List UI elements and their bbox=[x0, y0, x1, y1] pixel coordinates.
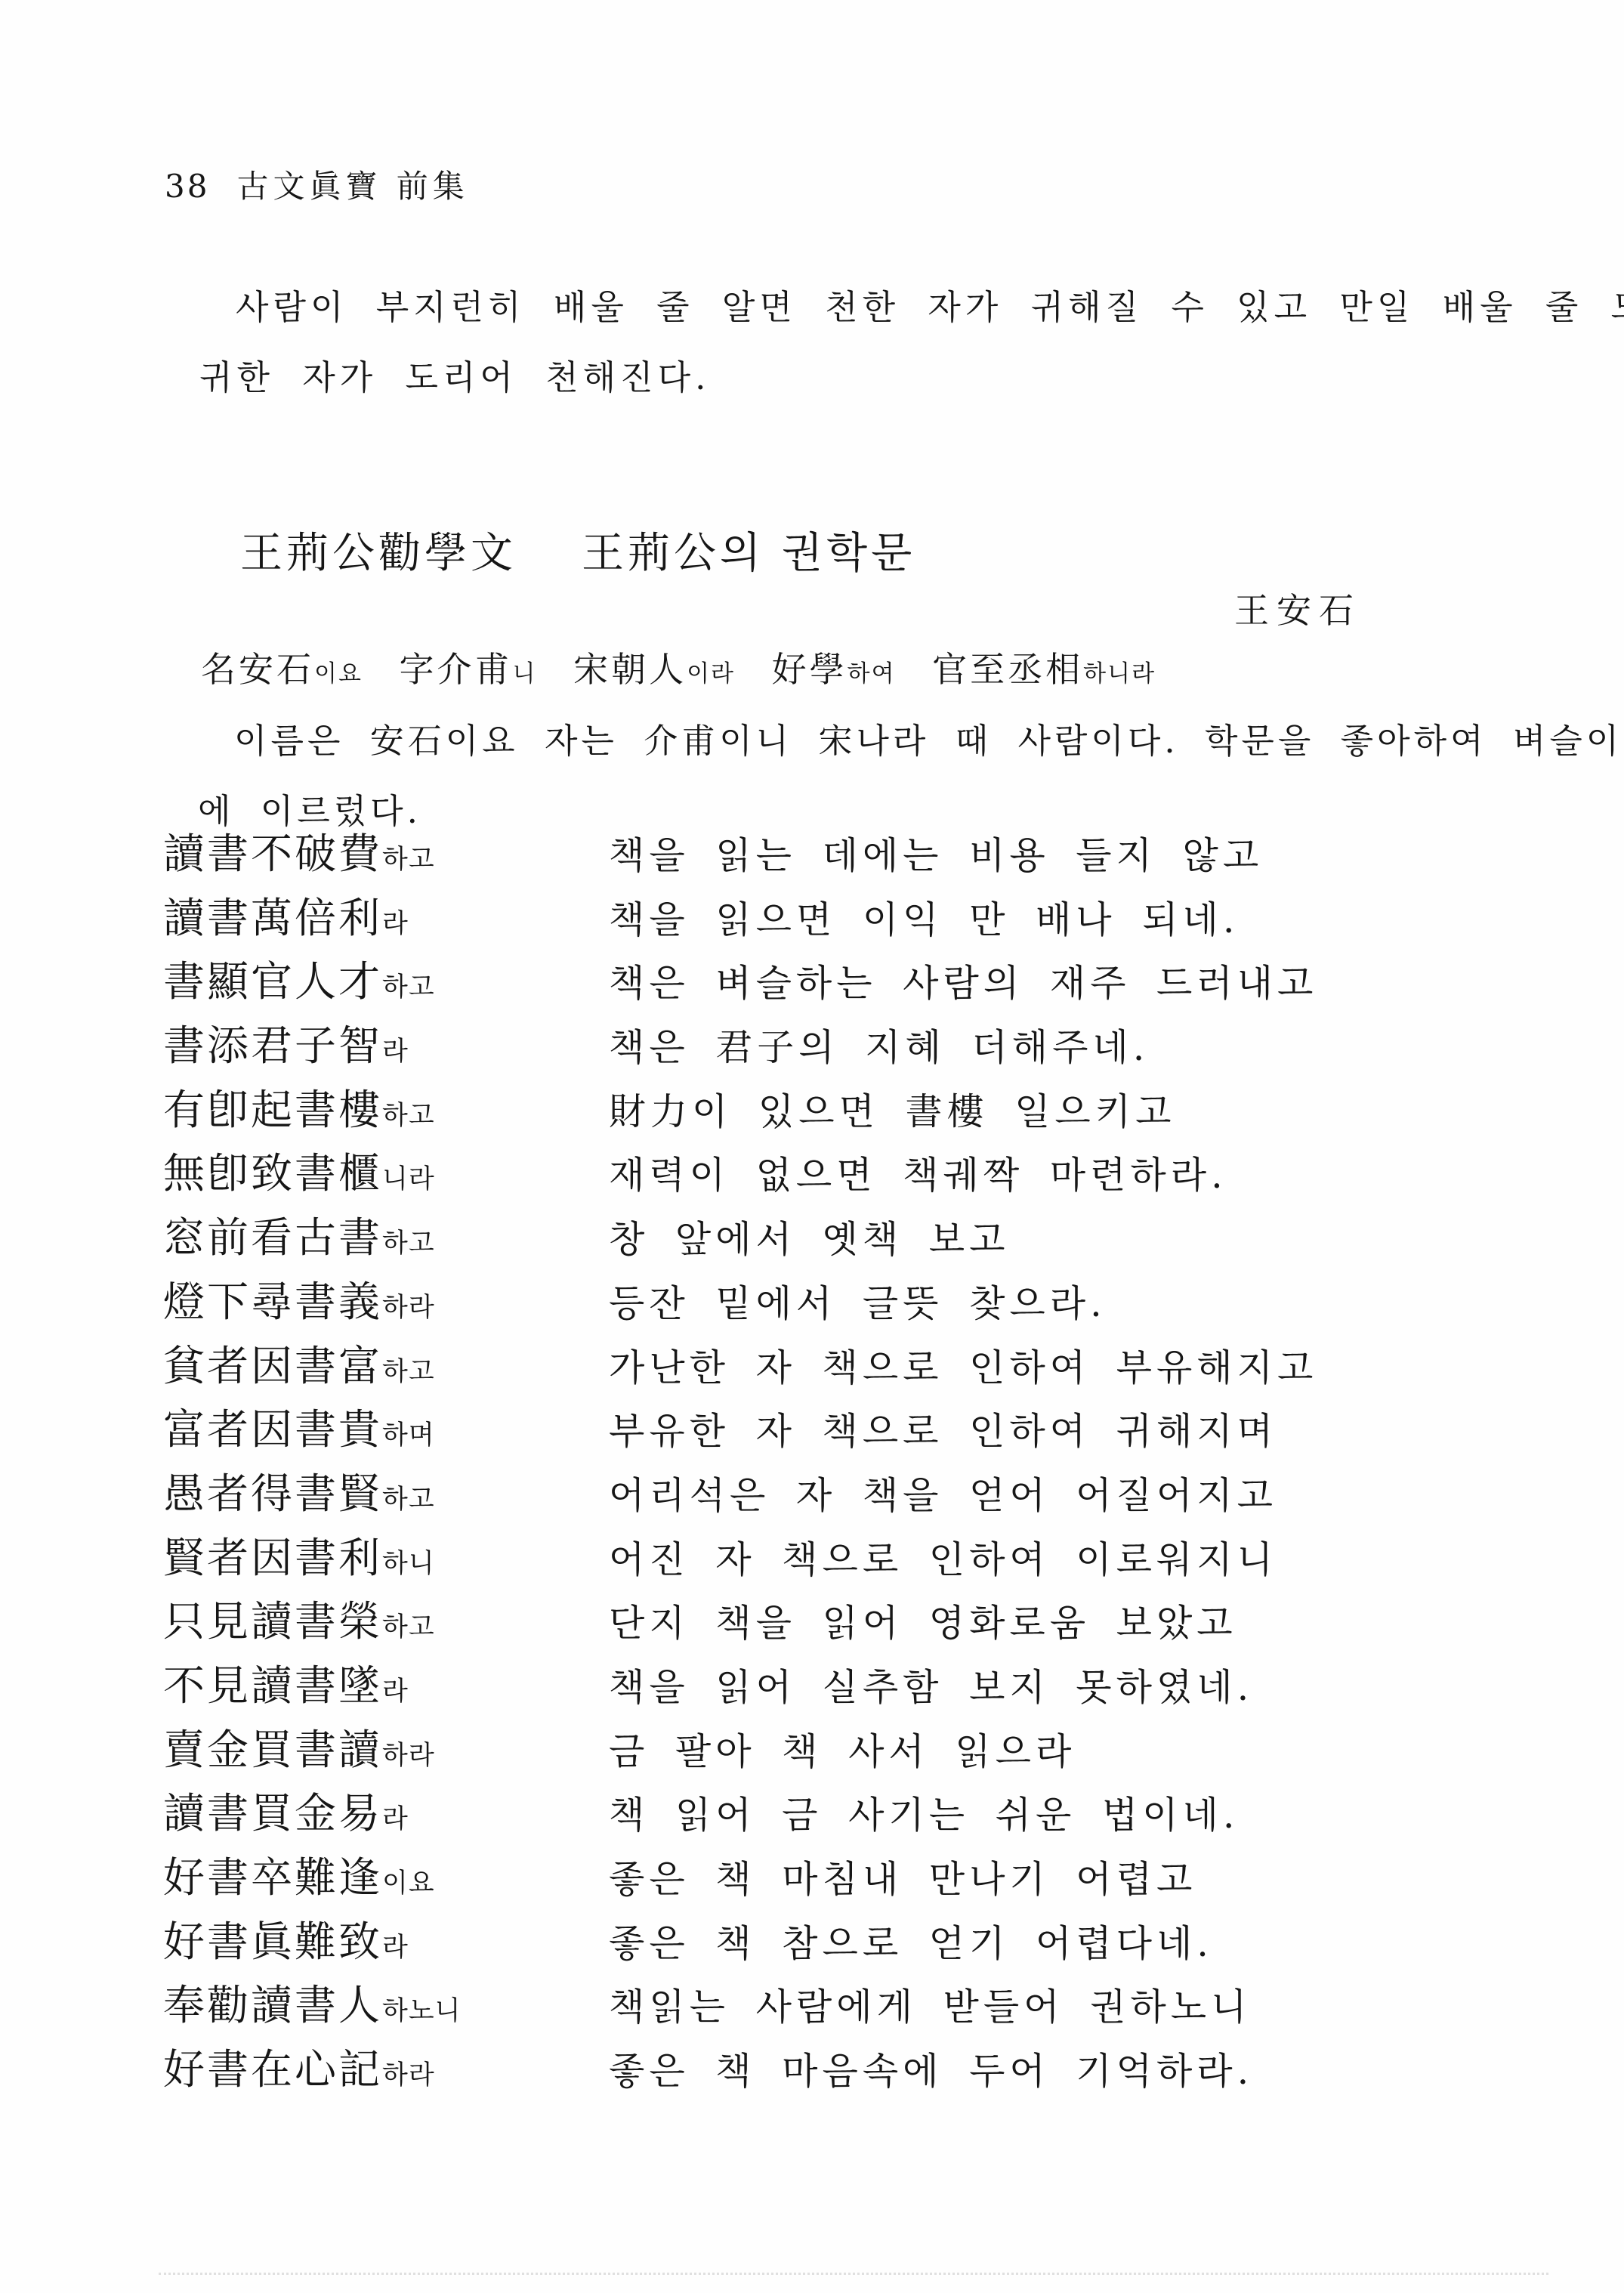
couplet-hanmun: 好書眞難致라 bbox=[163, 1908, 609, 1968]
couplet-korean: 단지 책을 읽어 영화로움 보았고 bbox=[609, 1594, 1237, 1647]
couplet-korean: 가난한 자 책으로 인하여 부유해지고 bbox=[609, 1339, 1317, 1392]
biography-segment-hanmun: 官至丞相 bbox=[932, 649, 1083, 690]
couplet-row: 無卽致書櫃니라 재력이 없으면 책궤짝 마련하라. bbox=[163, 1140, 1493, 1204]
couplet-hanmun-text: 燈下尋書義 bbox=[163, 1278, 382, 1326]
couplet-hanmun: 賣金買書讀하라 bbox=[163, 1717, 609, 1776]
couplet-korean: 어진 자 책으로 인하여 이로워지니 bbox=[609, 1531, 1277, 1584]
couplet-korean: 책을 읽으면 이익 만 배나 되네. bbox=[609, 891, 1239, 944]
couplet-suffix: 라 bbox=[382, 1676, 409, 1707]
couplet-hanmun-text: 書添君子智 bbox=[163, 1021, 382, 1070]
biography-segment: 字介甫니 bbox=[400, 649, 537, 690]
couplet-row: 讀書買金易라 책 읽어 금 사기는 쉬운 법이네. bbox=[163, 1780, 1493, 1844]
couplet-list: 讀書不破費하고 책을 읽는 데에는 비용 들지 않고 讀書萬倍利라 책을 읽으면… bbox=[163, 820, 1493, 2100]
couplet-hanmun-text: 賢者因書利 bbox=[163, 1534, 382, 1582]
scan-noise-line bbox=[159, 2273, 1548, 2275]
couplet-hanmun: 奉勸讀書人하노니 bbox=[163, 1972, 609, 2032]
biography-hanmun: 名安石이요 字介甫니 宋朝人이라 好學하여 官至丞相하니라 bbox=[201, 642, 1178, 692]
couplet-hanmun-text: 賣金買書讀 bbox=[163, 1726, 382, 1774]
couplet-suffix: 이요 bbox=[382, 1868, 435, 1899]
biography-segment-hanmun: 好學 bbox=[772, 649, 848, 690]
intro-line-1: 사람이 부지런히 배울 줄 알면 천한 자가 귀해질 수 있고 만일 배울 줄 … bbox=[199, 272, 1438, 342]
biography-segment-suffix: 이요 bbox=[314, 660, 363, 688]
biography-segment-hanmun: 名安石 bbox=[201, 649, 314, 690]
couplet-row: 愚者得書賢하고 어리석은 자 책을 얻어 어질어지고 bbox=[163, 1460, 1493, 1525]
couplet-hanmun: 不見讀書墜라 bbox=[163, 1652, 609, 1712]
couplet-hanmun: 貧者因書富하고 bbox=[163, 1333, 609, 1392]
biography-segment: 宋朝人이라 bbox=[573, 649, 735, 690]
couplet-hanmun-text: 好書卒難逢 bbox=[163, 1853, 382, 1902]
couplet-suffix: 하고 bbox=[382, 1101, 435, 1131]
couplet-korean: 책은 君子의 지혜 더해주네. bbox=[609, 1018, 1149, 1071]
couplet-hanmun: 有卽起書樓하고 bbox=[163, 1077, 609, 1136]
couplet-korean: 財力이 있으면 書樓 일으키고 bbox=[609, 1083, 1175, 1136]
couplet-hanmun-text: 只見讀書榮 bbox=[163, 1597, 382, 1646]
title-hanmun: 王荊公勸學文 bbox=[240, 520, 517, 580]
couplet-hanmun: 書顯官人才하고 bbox=[163, 948, 609, 1008]
author-name: 王安石 bbox=[1234, 583, 1361, 633]
biography-segment: 名安石이요 bbox=[201, 649, 363, 690]
couplet-korean: 창 앞에서 옛책 보고 bbox=[609, 1210, 1009, 1263]
couplet-hanmun: 賢者因書利하니 bbox=[163, 1525, 609, 1584]
couplet-suffix: 하노니 bbox=[382, 1996, 461, 2026]
couplet-row: 書添君子智라 책은 君子의 지혜 더해주네. bbox=[163, 1012, 1493, 1077]
couplet-row: 讀書萬倍利라 책을 읽으면 이익 만 배나 되네. bbox=[163, 885, 1493, 949]
couplet-hanmun: 只見讀書榮하고 bbox=[163, 1588, 609, 1648]
couplet-hanmun: 燈下尋書義하라 bbox=[163, 1269, 609, 1328]
scanned-book-page: 38古文眞寶 前集 사람이 부지런히 배울 줄 알면 천한 자가 귀해질 수 있… bbox=[0, 0, 1624, 2293]
couplet-row: 好書眞難致라 좋은 책 참으로 얻기 어렵다네. bbox=[163, 1908, 1493, 1973]
couplet-row: 好書卒難逢이요 좋은 책 마침내 만나기 어렵고 bbox=[163, 1844, 1493, 1908]
biography-segment-suffix: 니 bbox=[513, 660, 537, 688]
couplet-hanmun-text: 讀書不破費 bbox=[163, 830, 382, 878]
couplet-suffix: 하고 bbox=[382, 1485, 435, 1515]
couplet-row: 燈下尋書義하라 등잔 밑에서 글뜻 찾으라. bbox=[163, 1269, 1493, 1333]
couplet-hanmun-text: 富者因書貴 bbox=[163, 1405, 382, 1454]
biography-segment-suffix: 하여 bbox=[848, 660, 896, 688]
couplet-hanmun: 富者因書貴하며 bbox=[163, 1396, 609, 1456]
couplet-korean: 책 읽어 금 사기는 쉬운 법이네. bbox=[609, 1786, 1239, 1839]
intro-line-2: 귀한 자가 도리어 천해진다. bbox=[199, 342, 1438, 413]
couplet-row: 賣金買書讀하라 금 팔아 책 사서 읽으라 bbox=[163, 1717, 1493, 1781]
couplet-row: 書顯官人才하고 책은 벼슬하는 사람의 재주 드러내고 bbox=[163, 948, 1493, 1012]
couplet-row: 只見讀書榮하고 단지 책을 읽어 영화로움 보았고 bbox=[163, 1588, 1493, 1652]
couplet-suffix: 니라 bbox=[382, 1164, 435, 1194]
biography-segment: 好學하여 bbox=[772, 649, 896, 690]
couplet-hanmun-text: 讀書買金易 bbox=[163, 1789, 382, 1837]
couplet-row: 好書在心記하라 좋은 책 마음속에 두어 기억하라. bbox=[163, 2036, 1493, 2100]
biography-segment-hanmun: 宋朝人 bbox=[573, 649, 687, 690]
couplet-hanmun: 好書卒難逢이요 bbox=[163, 1844, 609, 1904]
couplet-suffix: 하니 bbox=[382, 1549, 435, 1579]
section-title: 王荊公勸學文 王荊公의 권학문 bbox=[240, 520, 915, 580]
couplet-suffix: 라 bbox=[382, 909, 409, 939]
couplet-hanmun-text: 好書眞難致 bbox=[163, 1918, 382, 1966]
couplet-hanmun: 無卽致書櫃니라 bbox=[163, 1140, 609, 1200]
couplet-hanmun: 讀書萬倍利라 bbox=[163, 885, 609, 944]
couplet-hanmun: 愚者得書賢하고 bbox=[163, 1460, 609, 1520]
biography-segment-suffix: 하니라 bbox=[1083, 660, 1156, 688]
couplet-korean: 좋은 책 참으로 얻기 어렵다네. bbox=[609, 1914, 1213, 1967]
couplet-suffix: 하라 bbox=[382, 1293, 435, 1323]
couplet-hanmun: 書添君子智라 bbox=[163, 1012, 609, 1072]
couplet-suffix: 라 bbox=[382, 1804, 409, 1834]
couplet-hanmun-text: 不見讀書墜 bbox=[163, 1661, 382, 1710]
couplet-hanmun: 窓前看古書하고 bbox=[163, 1204, 609, 1264]
couplet-korean: 책읽는 사람에게 받들어 권하노니 bbox=[609, 1978, 1251, 2031]
page-number: 38 bbox=[165, 168, 209, 205]
couplet-hanmun-text: 書顯官人才 bbox=[163, 957, 382, 1006]
couplet-suffix: 하고 bbox=[382, 972, 435, 1003]
couplet-row: 讀書不破費하고 책을 읽는 데에는 비용 들지 않고 bbox=[163, 820, 1493, 885]
couplet-korean: 재력이 없으면 책궤짝 마련하라. bbox=[609, 1146, 1227, 1199]
couplet-suffix: 하라 bbox=[382, 2060, 435, 2091]
couplet-suffix: 하고 bbox=[382, 1228, 435, 1259]
couplet-korean: 책을 읽어 실추함 보지 못하였네. bbox=[609, 1658, 1253, 1711]
couplet-row: 賢者因書利하니 어진 자 책으로 인하여 이로워지니 bbox=[163, 1525, 1493, 1589]
couplet-row: 有卽起書樓하고 財力이 있으면 書樓 일으키고 bbox=[163, 1077, 1493, 1141]
couplet-hanmun: 好書在心記하라 bbox=[163, 2036, 609, 2096]
couplet-row: 不見讀書墜라 책을 읽어 실추함 보지 못하였네. bbox=[163, 1652, 1493, 1717]
couplet-korean: 책은 벼슬하는 사람의 재주 드러내고 bbox=[609, 954, 1317, 1007]
biography-translation-line-1: 이름은 安石이요 자는 介甫이니 宋나라 때 사람이다. 학문을 좋아하여 벼슬… bbox=[198, 706, 1624, 776]
couplet-korean: 금 팔아 책 사서 읽으라 bbox=[609, 1723, 1076, 1775]
couplet-korean: 등잔 밑에서 글뜻 찾으라. bbox=[609, 1275, 1107, 1327]
couplet-suffix: 하고 bbox=[382, 1357, 435, 1387]
couplet-row: 窓前看古書하고 창 앞에서 옛책 보고 bbox=[163, 1204, 1493, 1269]
couplet-hanmun: 讀書不破費하고 bbox=[163, 820, 609, 880]
couplet-hanmun-text: 愚者得書賢 bbox=[163, 1469, 382, 1518]
couplet-suffix: 라 bbox=[382, 1037, 409, 1067]
couplet-suffix: 하고 bbox=[382, 845, 435, 875]
couplet-korean: 부유한 자 책으로 인하여 귀해지며 bbox=[609, 1402, 1277, 1455]
couplet-suffix: 하라 bbox=[382, 1741, 435, 1771]
couplet-korean: 어리석은 자 책을 얻어 어질어지고 bbox=[609, 1466, 1277, 1519]
intro-paragraph: 사람이 부지런히 배울 줄 알면 천한 자가 귀해질 수 있고 만일 배울 줄 … bbox=[199, 272, 1438, 413]
couplet-hanmun-text: 貧者因書富 bbox=[163, 1342, 382, 1390]
title-korean: 王荊公의 권학문 bbox=[582, 520, 915, 580]
page-header: 38古文眞寶 前集 bbox=[165, 162, 469, 207]
couplet-suffix: 라 bbox=[382, 1933, 409, 1963]
book-title: 古文眞寶 前集 bbox=[236, 168, 468, 205]
couplet-hanmun-text: 有卽起書樓 bbox=[163, 1086, 382, 1134]
couplet-hanmun-text: 無卽致書櫃 bbox=[163, 1149, 382, 1197]
couplet-row: 富者因書貴하며 부유한 자 책으로 인하여 귀해지며 bbox=[163, 1396, 1493, 1460]
biography-segment-suffix: 이라 bbox=[687, 660, 735, 688]
couplet-suffix: 하며 bbox=[382, 1420, 435, 1451]
couplet-korean: 책을 읽는 데에는 비용 들지 않고 bbox=[609, 827, 1263, 879]
biography-segment: 官至丞相하니라 bbox=[932, 649, 1156, 690]
couplet-hanmun-text: 讀書萬倍利 bbox=[163, 894, 382, 942]
couplet-hanmun-text: 窓前看古書 bbox=[163, 1213, 382, 1262]
couplet-korean: 좋은 책 마침내 만나기 어렵고 bbox=[609, 1850, 1196, 1903]
couplet-row: 貧者因書富하고 가난한 자 책으로 인하여 부유해지고 bbox=[163, 1333, 1493, 1397]
couplet-hanmun-text: 好書在心記 bbox=[163, 2045, 382, 2094]
couplet-hanmun-text: 奉勸讀書人 bbox=[163, 1981, 382, 2029]
biography-segment-hanmun: 字介甫 bbox=[400, 649, 513, 690]
couplet-hanmun: 讀書買金易라 bbox=[163, 1780, 609, 1840]
couplet-row: 奉勸讀書人하노니 책읽는 사람에게 받들어 권하노니 bbox=[163, 1972, 1493, 2036]
couplet-suffix: 하고 bbox=[382, 1612, 435, 1642]
couplet-korean: 좋은 책 마음속에 두어 기억하라. bbox=[609, 2042, 1253, 2095]
